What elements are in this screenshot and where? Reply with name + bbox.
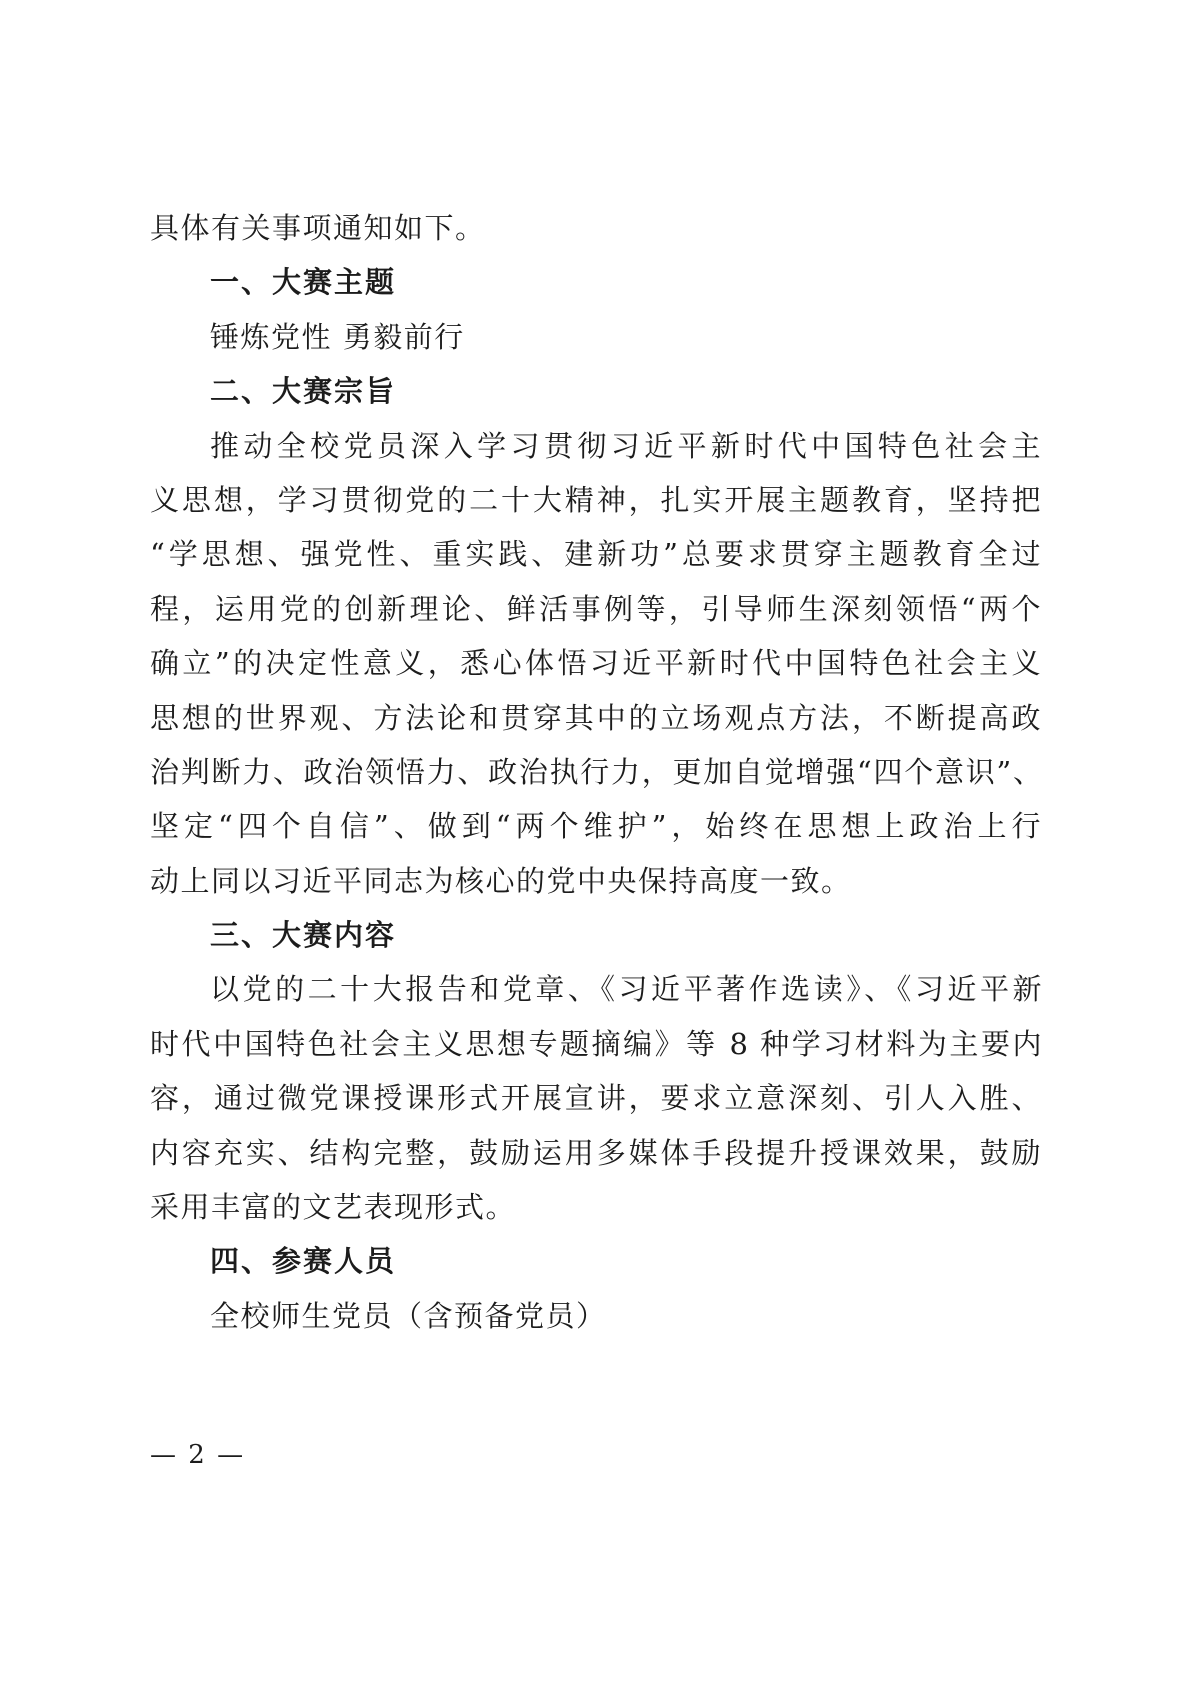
section-heading-theme: 一、大赛主题 (150, 255, 1042, 309)
content-line: 以党的二十大报告和党章、《习近平著作选读》、《习近平新 (150, 962, 1042, 1016)
purpose-line: 确立”的决定性意义，悉心体悟习近平新时代中国特色社会主义 (150, 636, 1042, 690)
content-line: 采用丰富的文艺表现形式。 (150, 1180, 1042, 1234)
purpose-line: 程，运用党的创新理论、鲜活事例等，引导师生深刻领悟“两个 (150, 582, 1042, 636)
purpose-line: 动上同以习近平同志为核心的党中央保持高度一致。 (150, 854, 1042, 908)
purpose-line: “学思想、强党性、重实践、建新功”总要求贯穿主题教育全过 (150, 527, 1042, 581)
section-text-participants: 全校师生党员（含预备党员） (150, 1289, 1042, 1343)
section-heading-purpose: 二、大赛宗旨 (150, 364, 1042, 418)
purpose-line: 推动全校党员深入学习贯彻习近平新时代中国特色社会主 (150, 419, 1042, 473)
page-number: — 2 — (150, 1440, 245, 1470)
intro-line: 具体有关事项通知如下。 (150, 201, 1042, 255)
document-page: 具体有关事项通知如下。 一、大赛主题 锤炼党性 勇毅前行 二、大赛宗旨 推动全校… (0, 0, 1190, 1683)
section-heading-participants: 四、参赛人员 (150, 1234, 1042, 1288)
purpose-line: 治判断力、政治领悟力、政治执行力，更加自觉增强“四个意识”、 (150, 745, 1042, 799)
content-line: 内容充实、结构完整，鼓励运用多媒体手段提升授课效果，鼓励 (150, 1126, 1042, 1180)
purpose-line: 坚定“四个自信”、做到“两个维护”，始终在思想上政治上行 (150, 799, 1042, 853)
document-body: 具体有关事项通知如下。 一、大赛主题 锤炼党性 勇毅前行 二、大赛宗旨 推动全校… (150, 201, 1042, 1343)
purpose-line: 思想的世界观、方法论和贯穿其中的立场观点方法，不断提高政 (150, 691, 1042, 745)
section-text-theme: 锤炼党性 勇毅前行 (150, 310, 1042, 364)
purpose-line: 义思想，学习贯彻党的二十大精神，扎实开展主题教育，坚持把 (150, 473, 1042, 527)
content-line: 容，通过微党课授课形式开展宣讲，要求立意深刻、引人入胜、 (150, 1071, 1042, 1125)
section-heading-content: 三、大赛内容 (150, 908, 1042, 962)
content-line: 时代中国特色社会主义思想专题摘编》等 8 种学习材料为主要内 (150, 1017, 1042, 1071)
